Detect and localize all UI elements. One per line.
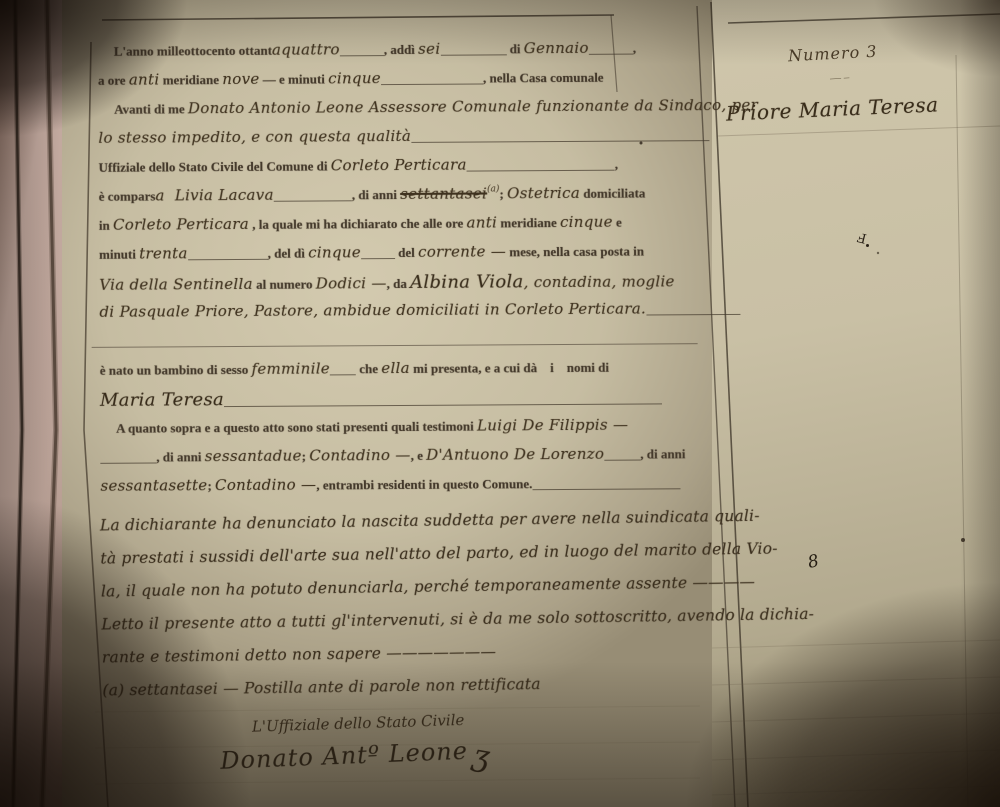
printed-text: ,	[633, 41, 636, 56]
printed-text: è compars	[99, 188, 156, 203]
handwritten-text: Contadino —	[309, 446, 410, 465]
form-line: , di anni sessantadue; Contadino —, e D'…	[100, 444, 700, 477]
handwritten-name: Albina Viola	[410, 271, 524, 293]
blank-underline	[274, 187, 352, 201]
margin-dash: — –	[830, 71, 850, 84]
handwritten-text: Luigi De Filippis —	[477, 416, 628, 435]
form-line: Uffiziale dello Stato Civile del Comune …	[98, 154, 698, 187]
blank-underline	[440, 41, 506, 55]
printed-text: , entrambi residenti in questo Comune.	[316, 476, 532, 492]
ink-speck	[866, 244, 869, 247]
printed-text: , da	[387, 276, 411, 291]
signature-name: Donato Antº Leone	[220, 737, 469, 775]
form-line: in Corleto Perticara , la quale mi ha di…	[99, 212, 699, 245]
handwritten-text: trenta	[139, 244, 188, 262]
printed-text: in	[99, 218, 113, 233]
handwritten-text: Contadino —	[215, 476, 316, 495]
printed-text: mese, nella casa posta in	[506, 244, 644, 260]
handwritten-text: Dodici —	[316, 274, 387, 292]
printed-text: , di anni	[156, 449, 205, 464]
form-line: a ore anti meridiane nove — e minuti cin…	[98, 67, 698, 100]
handwritten-text: cinque	[328, 69, 381, 87]
form-line: A quanto sopra e a questo atto sono stat…	[100, 415, 700, 448]
handwritten-text: nove	[222, 70, 259, 88]
blank-underline	[411, 127, 709, 143]
form-line: lo stesso impedito, e con questa qualità	[98, 125, 698, 158]
form-line: di Pasquale Priore, Pastore, ambidue dom…	[99, 299, 699, 332]
handwritten-text: Corleto Perticara	[113, 215, 249, 234]
blank-underline	[100, 449, 156, 463]
form-line: è comparsa Livia Lacava, di anni settant…	[99, 183, 699, 216]
blank-underline	[604, 447, 640, 461]
official-title-line: L'Uffiziale dello Stato Civile	[252, 711, 465, 736]
printed-text: ,	[615, 157, 618, 172]
printed-text: meridiane	[159, 72, 222, 87]
handwritten-text: Donato Antonio Leone Assessore Comunale …	[188, 96, 758, 117]
printed-text: — e minuti	[259, 71, 328, 86]
handwritten-text: aquattro	[272, 40, 340, 58]
handwritten-text: sessantasette	[100, 476, 207, 495]
printed-text: che	[356, 361, 381, 376]
handwritten-text: Via della Sentinella	[99, 275, 253, 294]
printed-text: e	[613, 215, 622, 230]
signature-flourish-icon: ʒ	[470, 738, 494, 776]
printed-text: , di anni	[352, 187, 401, 202]
blank-underline	[532, 475, 680, 490]
handwritten-text: di Pasquale Priore, Pastore, ambidue dom…	[99, 299, 646, 320]
printed-text: di	[506, 41, 523, 56]
printed-text: , del dì	[268, 246, 309, 261]
handwritten-text: anti	[466, 213, 497, 231]
printed-text: A quanto sopra e a questo atto sono stat…	[116, 419, 477, 436]
form-line: L'anno milleottocento ottantaquattro, ad…	[98, 38, 698, 71]
blank-underline	[340, 42, 384, 56]
handwritten-text: D'Antuono De Lorenzo	[426, 445, 604, 464]
printed-text: domiciliata	[580, 185, 645, 200]
printed-text: , la quale mi ha dichiarato che alle ore	[249, 216, 467, 232]
blank-underline	[361, 245, 395, 259]
struck-text: settantasei	[400, 184, 487, 203]
printed-text: minuti	[99, 247, 139, 262]
handwritten-text: femminile	[251, 359, 330, 377]
handwritten-text: Corleto Perticara	[331, 156, 467, 175]
printed-text: meridiane	[497, 215, 560, 230]
printed-text: , addì	[384, 42, 418, 57]
form-line: Maria Teresa	[100, 386, 700, 419]
handwritten-text: cinque	[308, 243, 361, 261]
blank-underline	[467, 157, 615, 172]
handwritten-text: , contadina, moglie	[524, 272, 675, 291]
handwritten-text: anti	[129, 70, 160, 88]
handwritten-text: corrente —	[418, 242, 506, 261]
handwritten-text: sei	[418, 40, 440, 58]
separator-rule	[92, 343, 698, 349]
birth-act-form: L'anno milleottocento ottantaquattro, ad…	[98, 38, 702, 773]
blank-underline	[381, 70, 483, 85]
form-line: minuti trenta, del dì cinque del corrent…	[99, 241, 699, 274]
blank-underline	[589, 41, 633, 55]
printed-text: L'anno milleottocento ottant	[114, 43, 272, 59]
printed-text: del	[395, 245, 418, 260]
form-line: Avanti di me Donato Antonio Leone Assess…	[98, 96, 698, 129]
handwritten-text: Ostetrica	[507, 184, 580, 202]
blank-underline	[646, 301, 740, 316]
printed-text: ;	[207, 478, 215, 493]
printed-text: , e	[411, 448, 427, 463]
printed-text: a ore	[98, 73, 129, 88]
printed-text: al numero	[253, 277, 316, 292]
printed-text: ;	[302, 449, 310, 464]
handwritten-text: sessantadue	[205, 447, 302, 466]
handwritten-text: lo stesso impedito, e con questa qualità	[98, 127, 411, 147]
closing-paragraph: La dichiarante ha denunciato la nascita …	[100, 508, 703, 715]
form-line: Via della Sentinella al numero Dodici —,…	[99, 270, 699, 303]
printed-text: , nella Casa comunale	[483, 70, 604, 86]
handwritten-name: Maria Teresa	[100, 389, 224, 411]
annotation-ref: (a)	[487, 184, 499, 194]
handwritten-text: Gennaio	[524, 39, 589, 57]
form-lines: L'anno milleottocento ottantaquattro, ad…	[98, 38, 701, 506]
printed-text: , di anni	[640, 446, 685, 461]
handwritten-text: cinque	[560, 213, 613, 231]
handwritten-text: ella	[381, 359, 410, 377]
handwritten-text: a Livia Lacava	[155, 186, 273, 205]
form-line: è nato un bambino di sesso femminile che…	[100, 357, 700, 390]
printed-text: Uffiziale dello Stato Civile del Comune …	[98, 158, 330, 174]
printed-text: mi presenta, e a cui dà i nomi di	[410, 360, 609, 376]
printed-text: è nato un bambino di sesso	[100, 362, 252, 378]
official-signature: Donato Antº Leoneʒ	[220, 731, 493, 777]
blank-underline	[224, 390, 662, 407]
document-photo: L'anno milleottocento ottantaquattro, ad…	[0, 0, 1000, 807]
printed-text: Avanti di me	[114, 101, 188, 116]
blank-underline	[188, 246, 268, 260]
form-line: sessantasette; Contadino —, entrambi res…	[100, 473, 700, 506]
blank-underline	[330, 361, 356, 375]
